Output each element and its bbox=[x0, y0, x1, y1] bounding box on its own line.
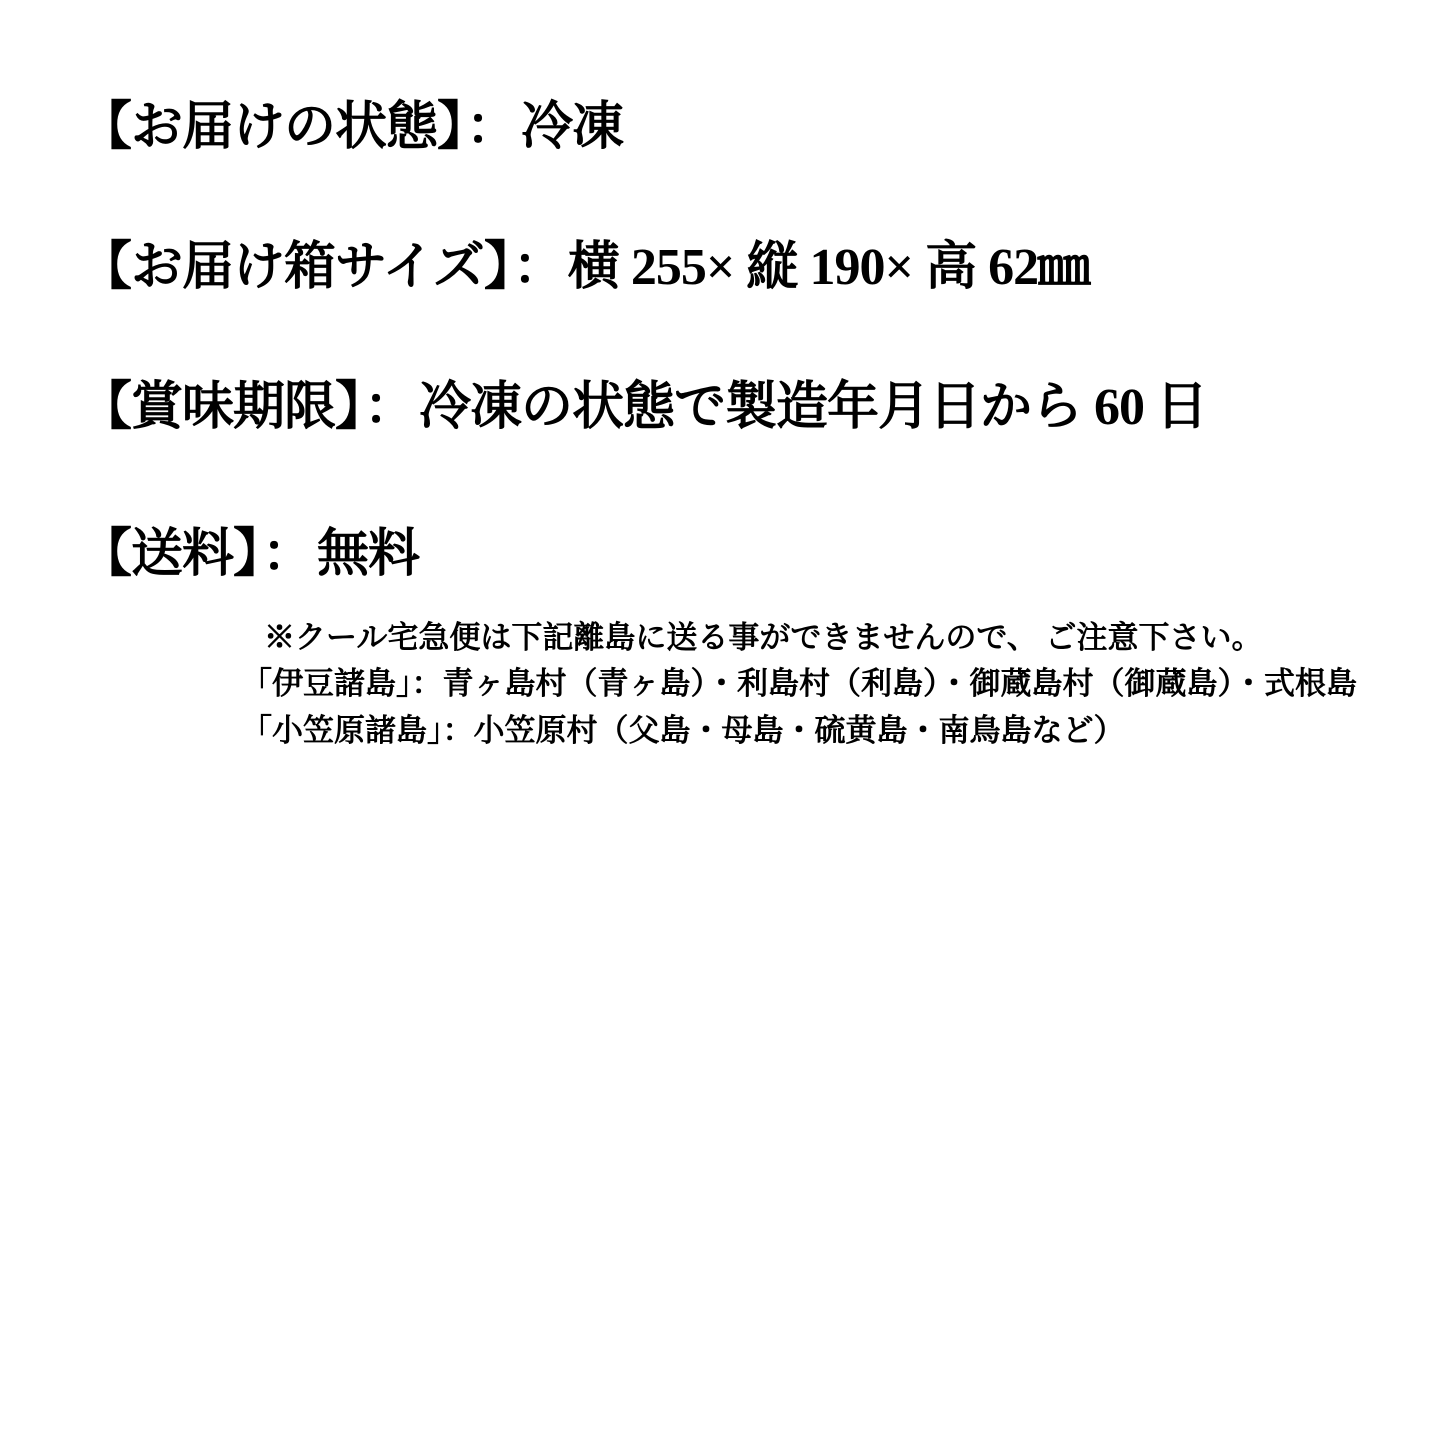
note-izu-islands: 「伊豆諸島」：青ヶ島村（青ヶ島）・利島村（利島）・御蔵島村（御蔵島）・式根島 bbox=[241, 668, 1357, 699]
product-shipping-info-sheet: 【お届けの状態】：冷凍 【お届け箱サイズ】：横 255× 縦 190× 高 62… bbox=[0, 0, 1445, 1445]
shipping-fee-colon: ： bbox=[258, 526, 317, 583]
spec-line-best-before: 【賞味期限】：冷凍の状態で製造年月日から 60 日 bbox=[80, 382, 1207, 434]
best-before-label: 【賞味期限】 bbox=[80, 379, 360, 436]
spec-line-box-size: 【お届け箱サイズ】：横 255× 縦 190× 高 62㎜ bbox=[80, 242, 1089, 294]
box-size-value: 横 255× 縦 190× 高 62㎜ bbox=[568, 239, 1089, 296]
box-size-colon: ： bbox=[509, 239, 568, 296]
box-size-label: 【お届け箱サイズ】 bbox=[80, 239, 509, 296]
note-ogasawara-islands: 「小笠原諸島」：小笠原村（父島・母島・硫黄島・南鳥島など） bbox=[241, 715, 1125, 746]
best-before-colon: ： bbox=[360, 379, 419, 436]
shipping-fee-value: 無料 bbox=[317, 526, 419, 583]
delivery-state-colon: ： bbox=[462, 99, 521, 156]
spec-line-delivery-state: 【お届けの状態】：冷凍 bbox=[80, 102, 623, 154]
shipping-fee-label: 【送料】 bbox=[80, 526, 258, 583]
spec-line-shipping-fee: 【送料】：無料 bbox=[80, 529, 419, 581]
note-cool-delivery-caution: ※クール宅急便は下記離島に送る事ができませんので、 ご注意下さい。 bbox=[264, 622, 1263, 653]
delivery-state-value: 冷凍 bbox=[521, 99, 623, 156]
delivery-state-label: 【お届けの状態】 bbox=[80, 99, 462, 156]
best-before-value: 冷凍の状態で製造年月日から 60 日 bbox=[419, 379, 1207, 436]
